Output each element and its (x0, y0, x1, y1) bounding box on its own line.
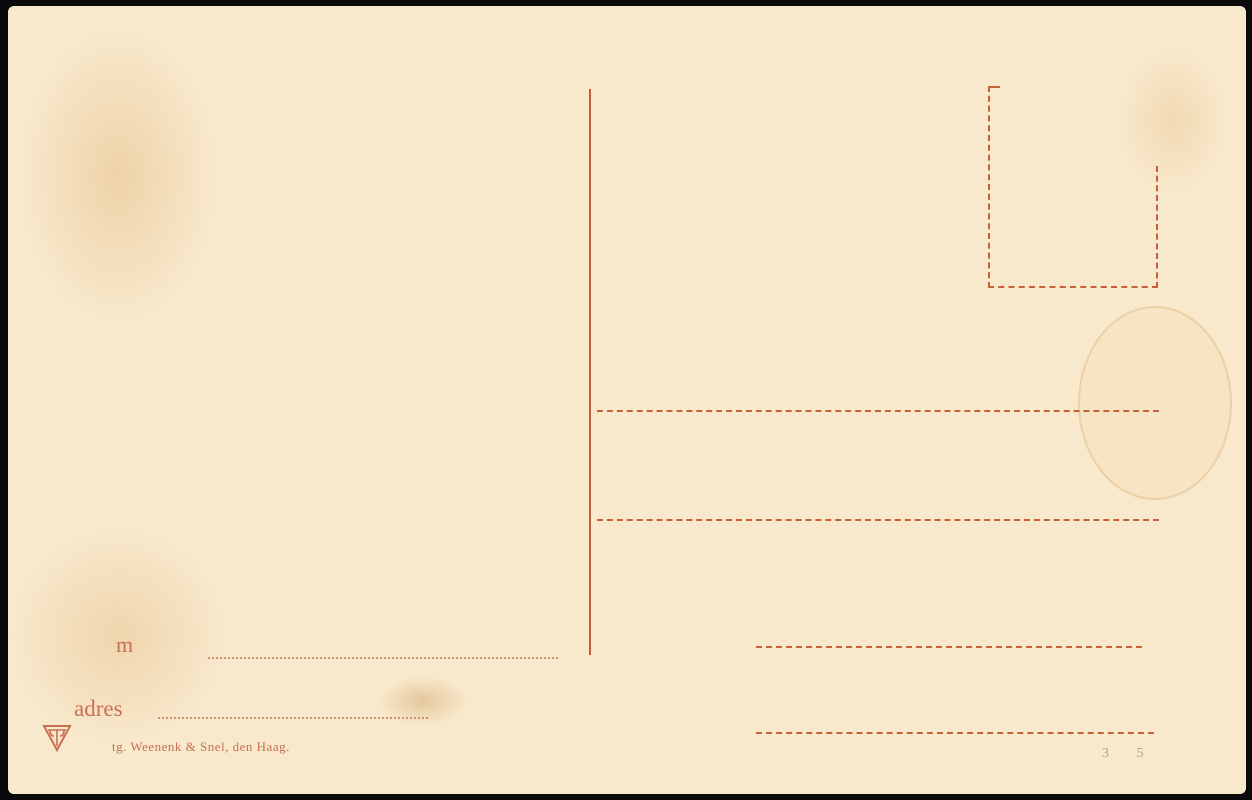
address-line-2 (597, 519, 1159, 521)
stamp-placeholder-box (988, 86, 1158, 288)
stamp-box-top-edge (988, 86, 1000, 88)
address-label: adres (74, 696, 123, 722)
printer-credit: tg. Weenenk & Snel, den Haag. (112, 739, 290, 755)
name-line (208, 657, 558, 659)
address-line-1 (597, 410, 1159, 412)
stamp-box-right-edge (1156, 166, 1158, 288)
postcard-back: m adres tg. Weenenk & Snel, den Haag. 3 … (8, 6, 1246, 794)
center-divider (589, 89, 591, 655)
address-line-3 (756, 646, 1142, 648)
name-label: m (116, 632, 133, 658)
serial-number: 3 5 (1102, 746, 1156, 762)
triangle-monogram-icon (42, 722, 72, 752)
sender-address-line (158, 717, 428, 719)
address-line-4 (756, 732, 1154, 734)
